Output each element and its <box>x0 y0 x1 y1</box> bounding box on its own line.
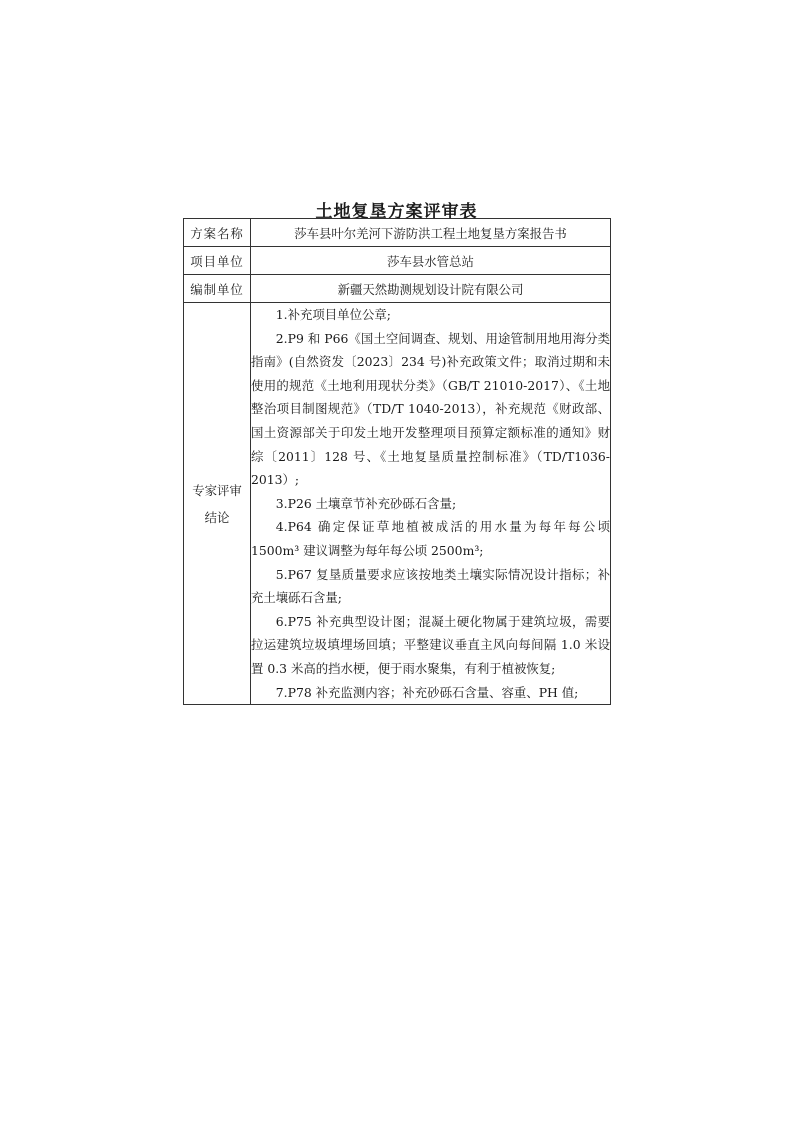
review-item-5: 5.P67 复垦质量要求应该按地类土壤实际情况设计指标；补充土壤砾石含量; <box>251 563 610 610</box>
project-unit-value: 莎车县水管总站 <box>251 247 611 275</box>
review-item-7: 7.P78 补充监测内容；补充砂砾石含量、容重、PH 值; <box>251 681 610 705</box>
review-item-6: 6.P75 补充典型设计图；混凝土硬化物属于建筑垃圾，需要拉运建筑垃圾填埋场回填… <box>251 610 610 681</box>
review-conclusion-label: 专家评审 结论 <box>184 303 251 705</box>
review-label-line2: 结论 <box>184 504 250 531</box>
table-row-plan-name: 方案名称 莎车县叶尔羌河下游防洪工程土地复垦方案报告书 <box>184 219 611 247</box>
table-row-project-unit: 项目单位 莎车县水管总站 <box>184 247 611 275</box>
table-row-review: 专家评审 结论 1.补充项目单位公章; 2.P9 和 P66《国土空间调查、规划… <box>184 303 611 705</box>
review-item-3: 3.P26 土壤章节补充砂砾石含量; <box>251 492 610 516</box>
plan-name-value: 莎车县叶尔羌河下游防洪工程土地复垦方案报告书 <box>251 219 611 247</box>
review-item-4: 4.P64 确定保证草地植被成活的用水量为每年每公顷 1500m³ 建议调整为每… <box>251 515 610 562</box>
project-unit-label: 项目单位 <box>184 247 251 275</box>
review-item-1: 1.补充项目单位公章; <box>251 303 610 327</box>
review-table: 方案名称 莎车县叶尔羌河下游防洪工程土地复垦方案报告书 项目单位 莎车县水管总站… <box>183 218 611 705</box>
plan-name-label: 方案名称 <box>184 219 251 247</box>
table-row-compiler-unit: 编制单位 新疆天然勘测规划设计院有限公司 <box>184 275 611 303</box>
review-item-2: 2.P9 和 P66《国土空间调查、规划、用途管制用地用海分类指南》(自然资发〔… <box>251 327 610 492</box>
compiler-unit-label: 编制单位 <box>184 275 251 303</box>
compiler-unit-value: 新疆天然勘测规划设计院有限公司 <box>251 275 611 303</box>
review-conclusion-content: 1.补充项目单位公章; 2.P9 和 P66《国土空间调查、规划、用途管制用地用… <box>251 303 611 705</box>
review-label-line1: 专家评审 <box>184 477 250 504</box>
